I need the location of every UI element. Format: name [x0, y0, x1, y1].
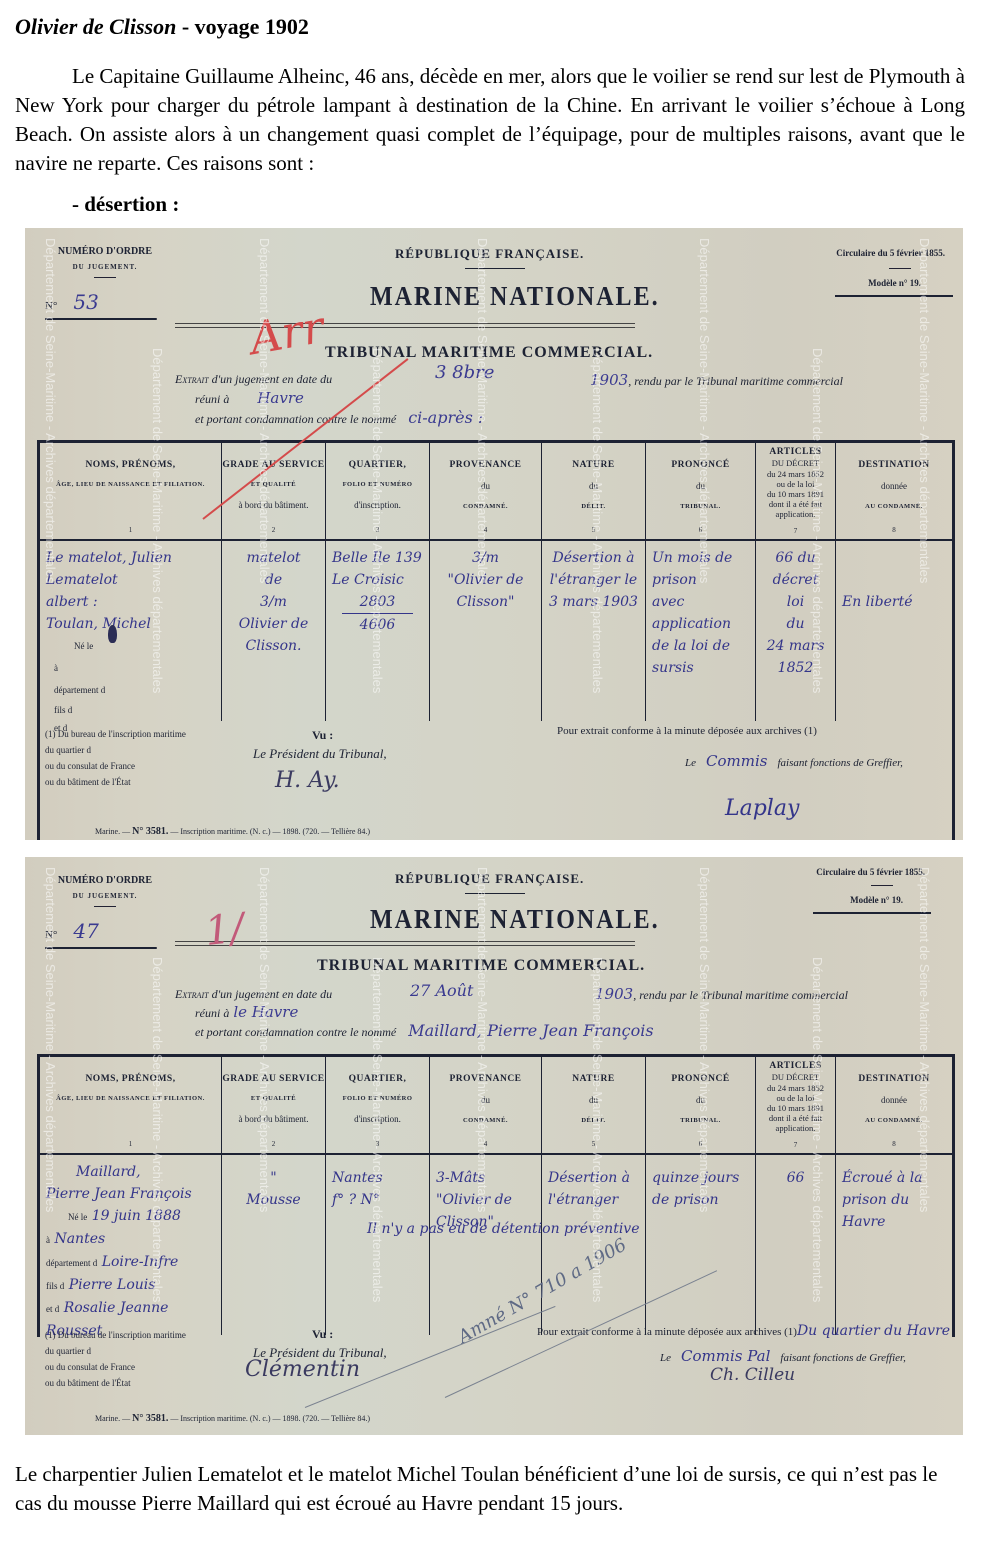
clerk-line: LeCommis Palfaisant fonctions de Greffie… — [660, 1347, 906, 1365]
ornament — [465, 268, 525, 269]
judgement-year: 1903, rendu par le Tribunal maritime com… — [590, 371, 843, 389]
tribunal-location: réuni àle Havre — [195, 1003, 298, 1021]
footnote: (1) Du bureau de l'inscription maritimed… — [45, 726, 186, 790]
marine-heading: MARINE NATIONALE. — [370, 905, 660, 936]
cell-grade: matelotde3/mOlivier deClisson. — [222, 541, 326, 721]
ornament — [871, 885, 893, 886]
model-number: Modèle n° 19. — [868, 278, 921, 288]
column-header-8: DESTINATIONdonnéeAU CONDAMNÉ.8 — [836, 443, 952, 539]
model-number: Modèle n° 19. — [850, 895, 903, 905]
ornament — [465, 893, 525, 894]
watermark: Département de Seine-Maritime - Archives… — [257, 238, 272, 583]
watermark: Département de Seine-Maritime - Archives… — [43, 238, 58, 583]
ornament — [835, 295, 953, 297]
section-subheading: - désertion : — [72, 192, 179, 217]
watermark: Département de Seine-Maritime - Archives… — [370, 348, 385, 693]
print-imprint: Marine. — N° 3581. — Inscription maritim… — [95, 826, 370, 837]
column-header-2: GRADE AU SERVICEET QUALITÉà bord du bâti… — [222, 1057, 326, 1153]
circular-reference: Circulaire du 5 février 1855. — [816, 867, 925, 877]
conclusion-paragraph: Le charpentier Julien Lematelot et le ma… — [15, 1460, 965, 1518]
president-signature: Clémentin — [245, 1357, 360, 1382]
order-number-label: NUMÉRO D'ORDREDU JUGEMENT. — [45, 246, 165, 278]
divider — [175, 323, 635, 328]
column-header-1: NOMS, PRÉNOMS,ÂGE, LIEU DE NAISSANCE ET … — [40, 1057, 222, 1153]
ship-name: Olivier de Clisson — [15, 14, 176, 39]
watermark: Département de Seine-Maritime - Archives… — [257, 867, 272, 1212]
vu-label: Vu : — [312, 728, 333, 743]
cell-destination: Écroué à laprison duHavre — [836, 1155, 952, 1335]
cell-grade: "Mousse — [222, 1155, 326, 1335]
print-imprint: Marine. — N° 3581. — Inscription maritim… — [95, 1413, 370, 1424]
ornament — [45, 318, 157, 320]
watermark: Département de Seine-Maritime - Archives… — [590, 957, 605, 1302]
watermark: Département de Seine-Maritime - Archives… — [810, 348, 825, 693]
watermark: Département de Seine-Maritime - Archives… — [697, 867, 712, 1212]
vu-label: Vu : — [312, 1327, 333, 1342]
judgement-scan-1: NUMÉRO D'ORDREDU JUGEMENT. N°53 RÉPUBLIQ… — [25, 228, 963, 840]
extract-label: Extrait d'un jugement en date du — [175, 372, 332, 387]
column-header-1: NOMS, PRÉNOMS,ÂGE, LIEU DE NAISSANCE ET … — [40, 443, 222, 539]
watermark: Département de Seine-Maritime - Archives… — [697, 238, 712, 583]
ornament — [45, 947, 157, 949]
certification-line: Pour extrait conforme à la minute déposé… — [557, 725, 817, 737]
intro-paragraph: Le Capitaine Guillaume Alheinc, 46 ans, … — [15, 62, 965, 178]
tribunal-location: réuni àHavre — [195, 389, 304, 407]
watermark: Département de Seine-Maritime - Archives… — [475, 867, 490, 1212]
intro-text: Le Capitaine Guillaume Alheinc, 46 ans, … — [15, 64, 965, 175]
cell-names: Le matelot, Julien Lematelotalbert :Toul… — [40, 541, 222, 721]
clerk-signature: Ch. Cilleu — [710, 1365, 795, 1385]
president-signature: H. Ay. — [275, 768, 340, 793]
marine-heading: MARINE NATIONALE. — [370, 282, 660, 313]
ornament — [889, 268, 911, 269]
watermark: Département de Seine-Maritime - Archives… — [810, 957, 825, 1302]
watermark: Département de Seine-Maritime - Archives… — [917, 867, 932, 1212]
footnote: (1) Du bureau de l'inscription maritimed… — [45, 1327, 186, 1391]
order-number-label: NUMÉRO D'ORDREDU JUGEMENT. — [45, 875, 165, 907]
column-header-8: DESTINATIONdonnéeAU CONDAMNÉ.8 — [836, 1057, 952, 1153]
watermark: Département de Seine-Maritime - Archives… — [917, 238, 932, 583]
clerk-line: LeCommisfaisant fonctions de Greffier, — [685, 752, 903, 770]
watermark: Département de Seine-Maritime - Archives… — [475, 238, 490, 583]
cell-names: Maillard,Pierre Jean François Né le 19 j… — [40, 1155, 222, 1335]
title-voyage: - voyage 1902 — [176, 14, 309, 39]
judgement-scan-2: NUMÉRO D'ORDREDU JUGEMENT. N°47 RÉPUBLIQ… — [25, 857, 963, 1435]
cell-destination: En liberté — [836, 541, 952, 721]
ink-blot — [108, 625, 117, 643]
clerk-signature: Laplay — [725, 796, 799, 821]
watermark: Département de Seine-Maritime - Archives… — [43, 867, 58, 1212]
red-annotation: 1/ — [203, 905, 247, 955]
page-title: Olivier de Clisson - voyage 1902 — [15, 14, 309, 40]
ornament — [813, 912, 931, 914]
watermark: Département de Seine-Maritime - Archives… — [150, 348, 165, 693]
watermark: Département de Seine-Maritime - Archives… — [370, 957, 385, 1302]
judgement-date: 27 Août — [410, 981, 473, 1000]
president-label: Le Président du Tribunal, — [253, 746, 387, 762]
extract-label: Extrait d'un jugement en date du — [175, 987, 332, 1002]
watermark: Département de Seine-Maritime - Archives… — [150, 957, 165, 1302]
watermark: Département de Seine-Maritime - Archives… — [590, 348, 605, 693]
